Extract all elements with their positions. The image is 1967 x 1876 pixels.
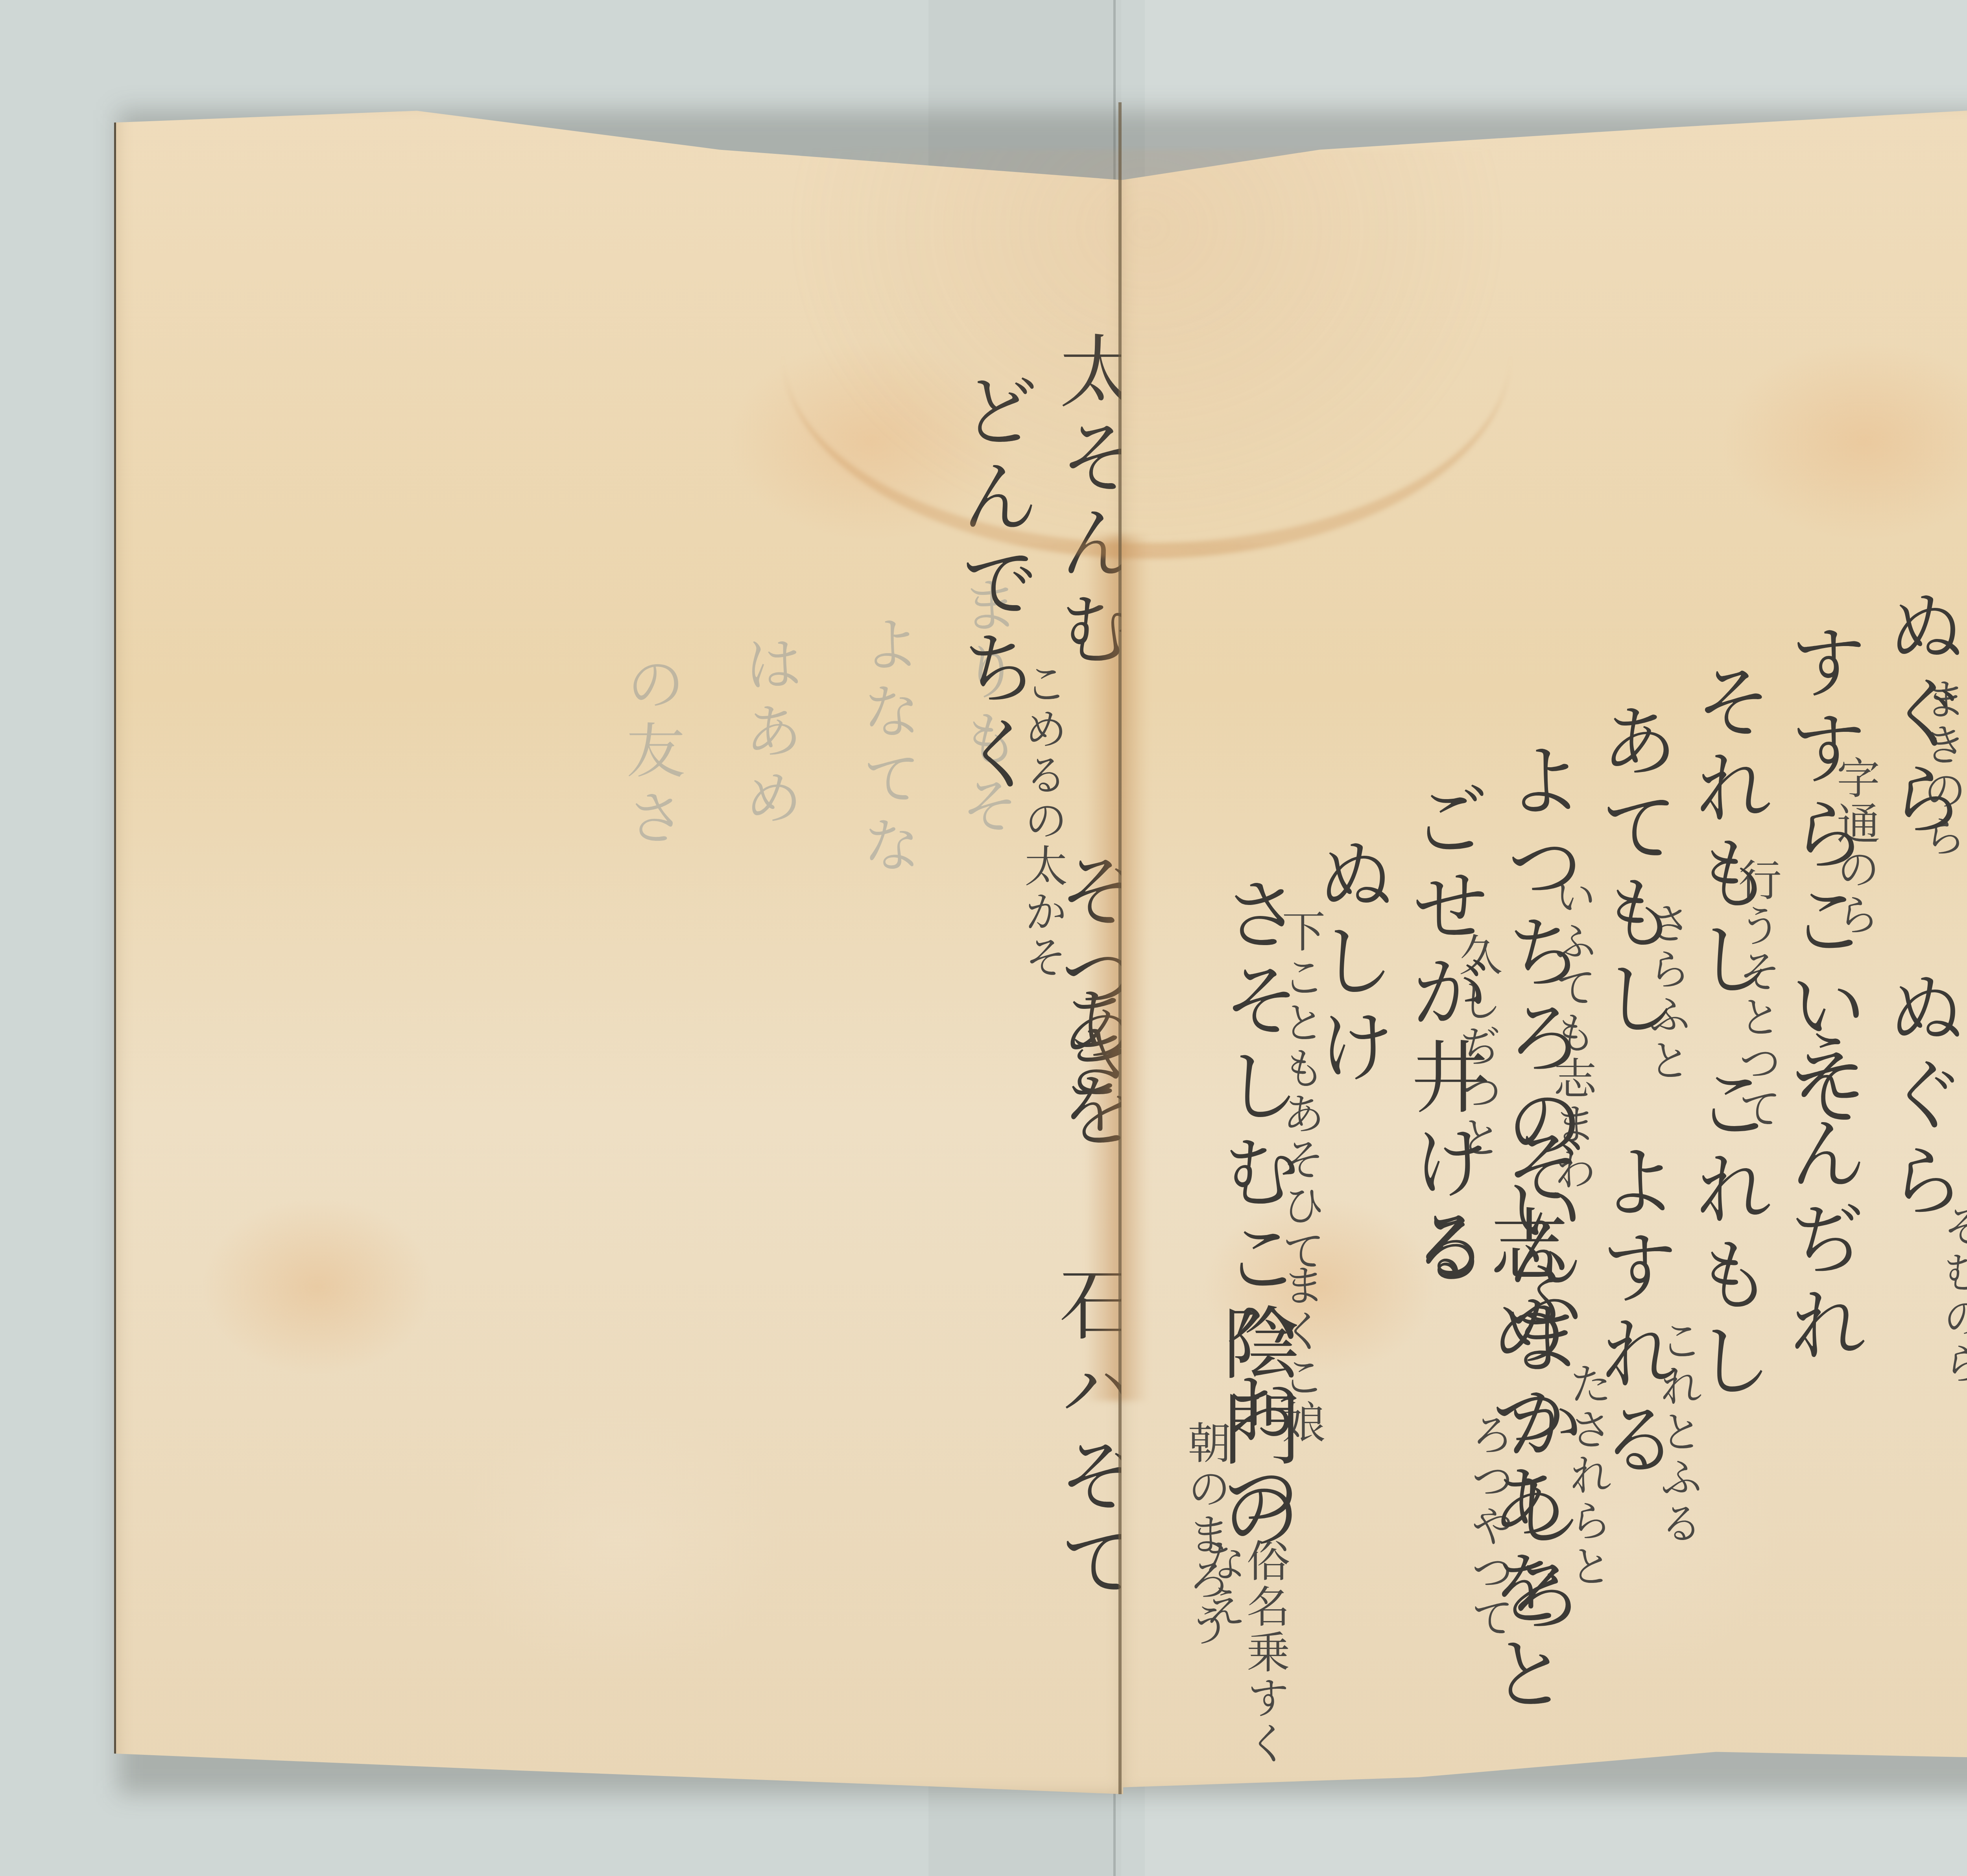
text-column: えんぢれ xyxy=(1782,1027,1861,1370)
text-column: ぬぐら xyxy=(1880,586,1959,844)
bleed-through-text: の友さ xyxy=(608,653,693,854)
water-stain xyxy=(783,150,1511,559)
text-column: 志めつあをとる xyxy=(1404,1204,1562,1794)
water-stain-gutter xyxy=(1086,535,1149,1401)
text-column: ぬぐら xyxy=(1880,968,1959,1225)
gloss-column: 俗名乗すくなえ xyxy=(1200,1538,1286,1794)
book-gutter xyxy=(1118,102,1122,1794)
gloss-column: そむのら xyxy=(1939,1204,1967,1387)
text-column: あてもし xyxy=(1593,700,1672,1043)
bleed-through-text: よなてな xyxy=(844,614,929,881)
open-book: まりもそ よなてな はあめ の友さ 太そんむ こめるの太かそ ぞつき あを 石ハ… xyxy=(114,102,1967,1794)
text-column: それもし xyxy=(1688,661,1766,1004)
bleed-through-text: はあめ xyxy=(726,633,811,834)
